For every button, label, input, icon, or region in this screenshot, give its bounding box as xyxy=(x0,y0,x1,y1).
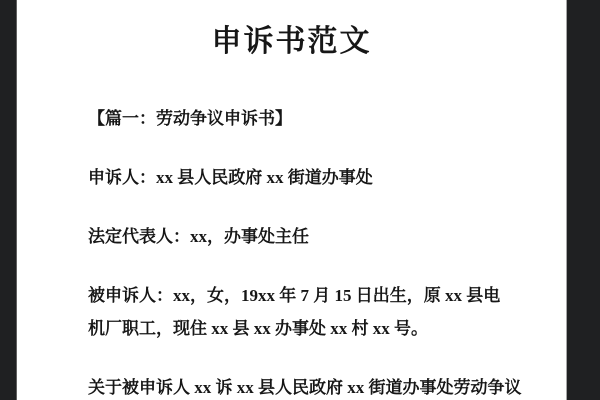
doc-paragraph-respondent: 被申诉人：xx，女，19xx 年 7 月 15 日出生，原 xx 县电机厂职工，… xyxy=(88,279,509,345)
doc-paragraph-appellant: 申诉人：xx 县人民政府 xx 街道办事处 xyxy=(88,161,533,194)
document-page[interactable]: 申诉书范文 【篇一：劳动争议申诉书】 申诉人：xx 县人民政府 xx 街道办事处… xyxy=(17,0,566,400)
viewer-dark-margin-left xyxy=(0,0,17,400)
document-viewer: 申诉书范文 【篇一：劳动争议申诉书】 申诉人：xx 县人民政府 xx 街道办事处… xyxy=(0,0,600,400)
doc-paragraph-legal-representative: 法定代表人：xx，办事处主任 xyxy=(88,220,533,253)
doc-paragraph-section-heading: 【篇一：劳动争议申诉书】 xyxy=(88,102,533,135)
document-body: 【篇一：劳动争议申诉书】 申诉人：xx 县人民政府 xx 街道办事处 法定代表人… xyxy=(88,102,533,400)
doc-paragraph-case-intro: 关于被申诉人 xx 诉 xx 县人民政府 xx 街道办事处劳动争议 xyxy=(88,371,533,400)
document-title: 申诉书范文 xyxy=(17,22,566,62)
viewer-dark-margin-right xyxy=(566,0,600,400)
